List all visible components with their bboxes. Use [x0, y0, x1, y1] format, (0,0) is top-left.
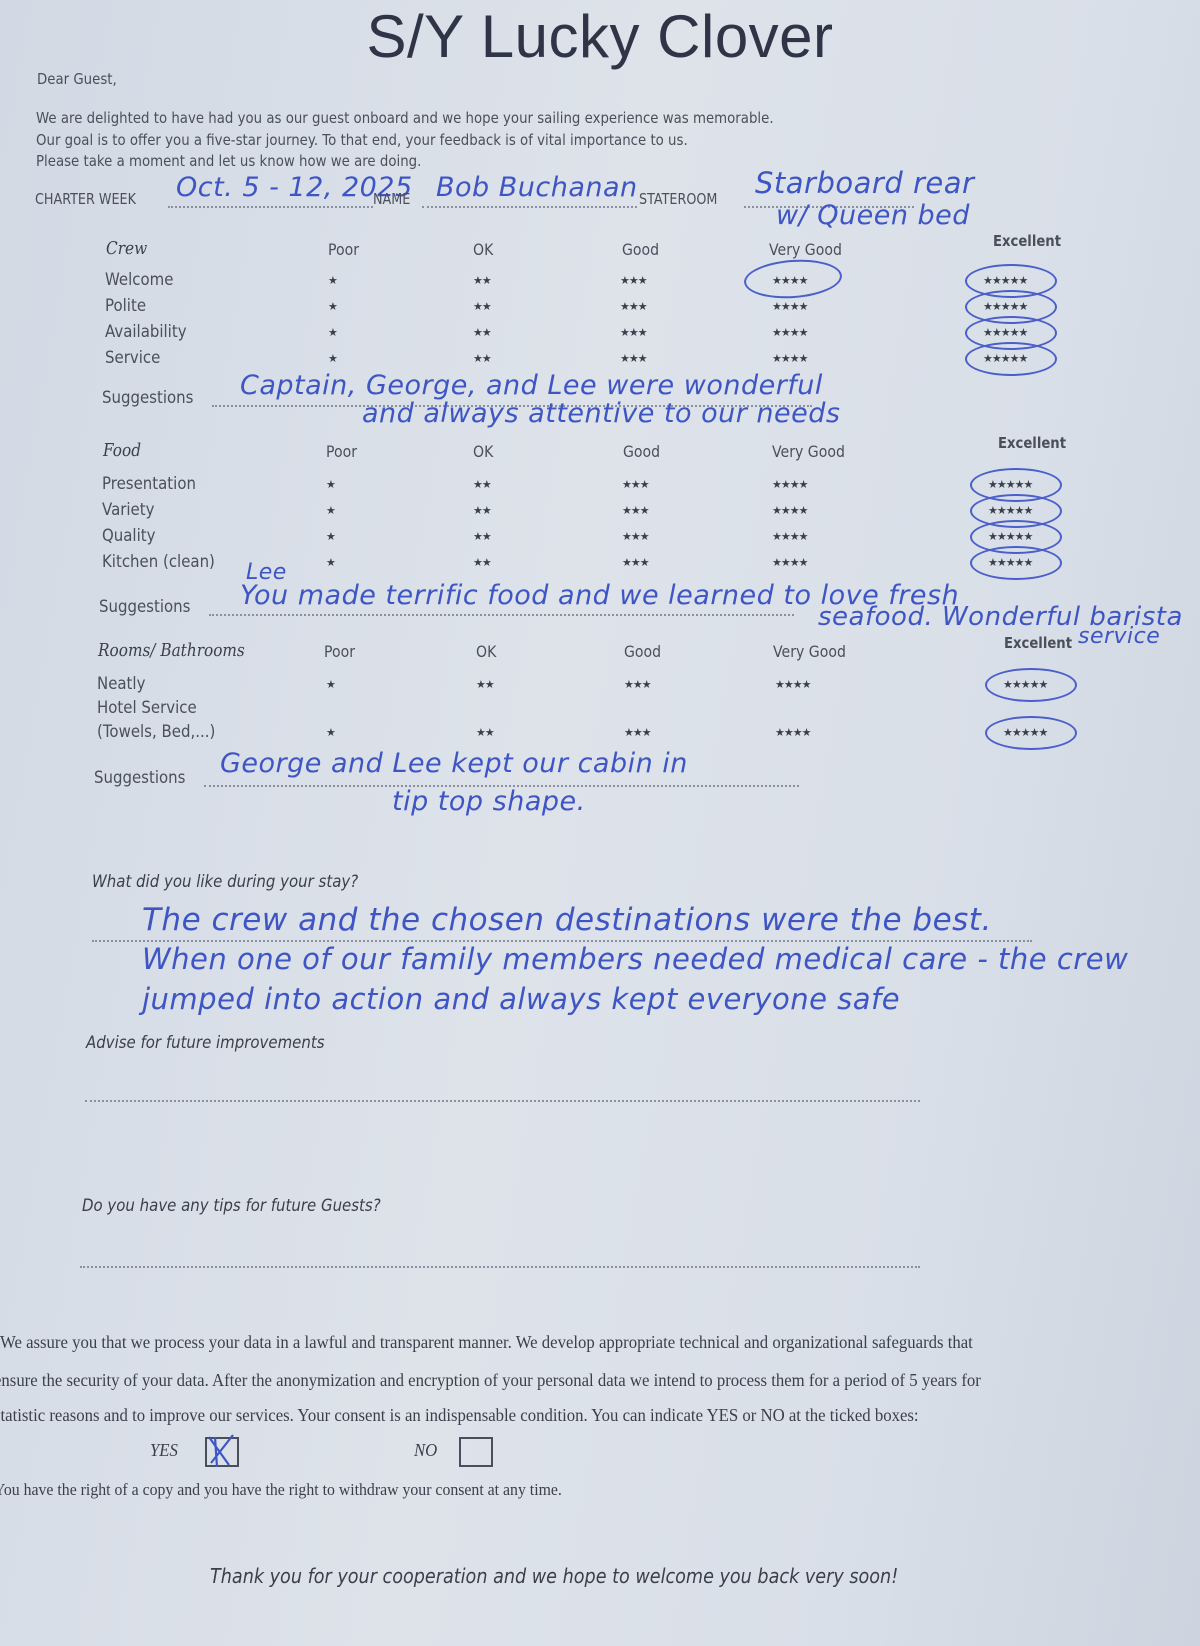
tips-answer-line[interactable] — [80, 1266, 920, 1268]
rating-option-poor[interactable]: ★ — [328, 300, 337, 313]
section-title-2: Rooms/ Bathrooms — [98, 640, 245, 661]
row-label: Neatly — [97, 674, 145, 694]
intro-line-3: Please take a moment and let us know how… — [36, 152, 421, 170]
rating-option-good[interactable]: ★★★ — [622, 478, 649, 491]
rating-option-good[interactable]: ★★★ — [622, 530, 649, 543]
column-header-good: Good — [623, 442, 660, 461]
suggestions-field-continued: tip top shape. — [392, 786, 586, 817]
column-header-ok: OK — [473, 240, 493, 259]
stateroom-field-line1[interactable]: Starboard rear — [755, 166, 974, 200]
answer-liked-line-2: When one of our family members needed me… — [142, 942, 1128, 976]
rating-option-good[interactable]: ★★★ — [620, 300, 647, 313]
rating-option-good[interactable]: ★★★ — [622, 504, 649, 517]
rating-option-poor[interactable]: ★ — [326, 678, 335, 691]
no-label: NO — [414, 1440, 437, 1461]
rating-option-ok[interactable]: ★★ — [473, 274, 491, 287]
suggestions-label: Suggestions — [99, 597, 190, 617]
intro-line-2: Our goal is to offer you a five-star jou… — [36, 131, 688, 149]
consent-line-2: ensure the security of your data. After … — [0, 1370, 981, 1391]
selected-rating-circle — [985, 668, 1077, 702]
row-label: Service — [105, 348, 160, 368]
column-header-poor: Poor — [328, 240, 359, 259]
rating-option-good[interactable]: ★★★ — [620, 352, 647, 365]
row-label-line2: (Towels, Bed,...) — [97, 722, 215, 742]
rating-option-very-good[interactable]: ★★★★ — [772, 556, 807, 569]
answer-liked-line-3: jumped into action and always kept every… — [142, 982, 900, 1016]
column-header-very-good: Very Good — [772, 442, 845, 461]
stateroom-label: STATEROOM — [639, 190, 717, 208]
rating-option-poor[interactable]: ★ — [328, 326, 337, 339]
yes-label: YES — [150, 1440, 178, 1461]
selected-rating-circle — [985, 716, 1077, 750]
rating-option-ok[interactable]: ★★ — [473, 504, 491, 517]
rating-option-ok[interactable]: ★★ — [473, 556, 491, 569]
rating-option-ok[interactable]: ★★ — [473, 530, 491, 543]
column-header-poor: Poor — [326, 442, 357, 461]
question-tips: Do you have any tips for future Guests? — [82, 1196, 381, 1216]
rating-option-very-good[interactable]: ★★★★ — [772, 530, 807, 543]
question-improvements: Advise for future improvements — [86, 1033, 325, 1053]
row-label: Welcome — [105, 270, 173, 290]
answer-liked-line-1[interactable]: The crew and the chosen destinations wer… — [142, 902, 992, 938]
rating-option-poor[interactable]: ★ — [328, 352, 337, 365]
name-field[interactable]: Bob Buchanan — [436, 172, 638, 203]
rating-option-ok[interactable]: ★★ — [473, 478, 491, 491]
suggestions-field[interactable]: George and Lee kept our cabin in — [220, 748, 688, 779]
rating-option-very-good[interactable]: ★★★★ — [775, 678, 810, 691]
rating-option-ok[interactable]: ★★ — [476, 678, 494, 691]
suggestions-label: Suggestions — [102, 388, 193, 408]
consent-rights: You have the right of a copy and you hav… — [0, 1480, 562, 1500]
section-title-1: Food — [103, 440, 141, 461]
crossed-out-rating-scribble — [743, 257, 843, 302]
consent-line-3: statistic reasons and to improve our ser… — [0, 1405, 919, 1426]
rating-option-poor[interactable]: ★ — [326, 530, 335, 543]
rating-option-good[interactable]: ★★★ — [620, 326, 647, 339]
row-label-line1: Hotel Service — [97, 698, 197, 718]
rating-option-good[interactable]: ★★★ — [622, 556, 649, 569]
x-mark-icon — [203, 1433, 237, 1467]
rating-option-good[interactable]: ★★★ — [624, 678, 651, 691]
consent-line-1: We assure you that we process your data … — [0, 1332, 973, 1353]
row-label: Availability — [105, 322, 187, 342]
rating-option-poor[interactable]: ★ — [326, 504, 335, 517]
column-header-good: Good — [624, 642, 661, 661]
stateroom-field-line2: w/ Queen bed — [776, 200, 970, 231]
row-label: Quality — [102, 526, 155, 546]
selected-rating-circle — [965, 342, 1057, 376]
section-title-0: Crew — [106, 238, 147, 259]
intro-line-1: We are delighted to have had you as our … — [36, 109, 774, 127]
selected-rating-circle — [970, 546, 1062, 580]
suggestions-line — [209, 614, 794, 616]
charter-week-label: CHARTER WEEK — [35, 190, 136, 208]
greeting: Dear Guest, — [37, 70, 117, 88]
name-line — [422, 206, 637, 208]
rating-option-very-good[interactable]: ★★★★ — [775, 726, 810, 739]
rating-option-very-good[interactable]: ★★★★ — [772, 504, 807, 517]
row-label: Kitchen (clean) — [102, 552, 215, 572]
rating-option-ok[interactable]: ★★ — [473, 300, 491, 313]
improvements-answer-line[interactable] — [85, 1100, 920, 1102]
question-liked: What did you like during your stay? — [92, 872, 358, 892]
column-header-good: Good — [622, 240, 659, 259]
suggestions-field-continued: service — [1078, 624, 1160, 649]
rating-option-good[interactable]: ★★★ — [620, 274, 647, 287]
name-label: NAME — [373, 190, 410, 208]
rating-option-good[interactable]: ★★★ — [624, 726, 651, 739]
column-header-very-good: Very Good — [773, 642, 846, 661]
charter-week-line — [168, 206, 373, 208]
rating-option-very-good[interactable]: ★★★★ — [772, 478, 807, 491]
column-header-excellent: Excellent — [998, 434, 1066, 452]
rating-option-very-good[interactable]: ★★★★ — [772, 326, 807, 339]
suggestions-field-continued: and always attentive to our needs — [362, 398, 840, 429]
row-label: Variety — [102, 500, 154, 520]
suggestions-field[interactable]: Captain, George, and Lee were wonderful — [240, 370, 823, 401]
yes-checkbox[interactable] — [205, 1437, 239, 1467]
rating-option-ok[interactable]: ★★ — [473, 352, 491, 365]
row-label: Presentation — [102, 474, 196, 494]
row-label: Polite — [105, 296, 146, 316]
no-checkbox[interactable] — [459, 1437, 493, 1467]
suggestions-label: Suggestions — [94, 768, 185, 788]
rating-option-very-good[interactable]: ★★★★ — [772, 300, 807, 313]
rating-option-poor[interactable]: ★ — [326, 726, 335, 739]
rating-option-poor[interactable]: ★ — [328, 274, 337, 287]
closing-message: Thank you for your cooperation and we ho… — [210, 1564, 898, 1588]
column-header-ok: OK — [476, 642, 496, 661]
rating-option-poor[interactable]: ★ — [326, 478, 335, 491]
column-header-ok: OK — [473, 442, 493, 461]
column-header-very-good: Very Good — [769, 240, 842, 259]
form-title: S/Y Lucky Clover — [0, 2, 1200, 71]
column-header-excellent: Excellent — [1004, 634, 1072, 652]
rating-option-ok[interactable]: ★★ — [473, 326, 491, 339]
column-header-excellent: Excellent — [993, 232, 1061, 250]
rating-option-very-good[interactable]: ★★★★ — [772, 352, 807, 365]
column-header-poor: Poor — [324, 642, 355, 661]
rating-option-ok[interactable]: ★★ — [476, 726, 494, 739]
rating-option-poor[interactable]: ★ — [326, 556, 335, 569]
